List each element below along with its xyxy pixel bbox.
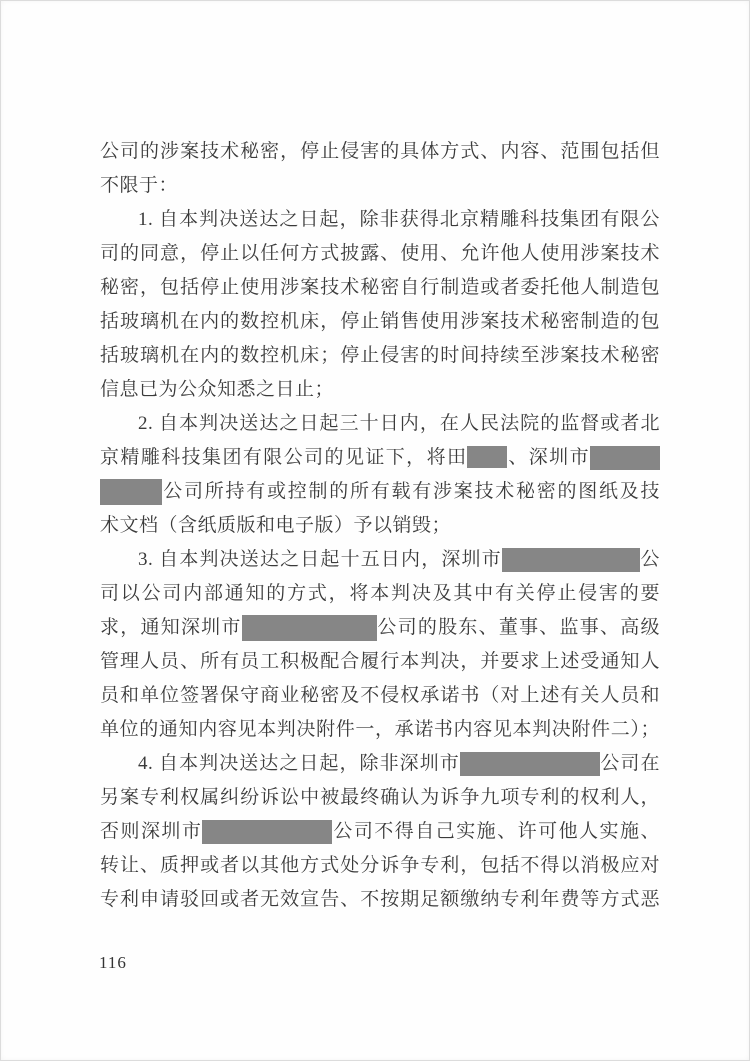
text-run: 信息已为公众知悉之日止； (100, 379, 334, 400)
text-run: 另案专利权属纠纷诉讼中被最终确认为诉争九项专利的权利人， (100, 787, 660, 808)
document-line: 转让、质押或者以其他方式处分诉争专利，包括不得以消极应对 (100, 849, 660, 883)
text-run: 公司的涉案技术秘密，停止侵害的具体方式、内容、范围包括但 (100, 141, 660, 162)
text-run: 不限于： (100, 175, 178, 196)
text-run: 管理人员、所有员工积极配合履行本判决，并要求上述受通知人 (100, 651, 660, 672)
text-run: 司的同意，停止以任何方式披露、使用、允许他人使用涉案技术 (100, 243, 660, 264)
text-run: 员和单位签署保守商业秘密及不侵权承诺书（对上述有关人员和 (100, 685, 660, 706)
redaction-bar (202, 820, 332, 844)
document-line: 公司所持有或控制的所有载有涉案技术秘密的图纸及技 (100, 475, 660, 509)
text-run: 公司不得自己实施、许可他人实施、 (332, 821, 660, 842)
redaction-bar (100, 479, 162, 505)
document-line: 司的同意，停止以任何方式披露、使用、允许他人使用涉案技术 (100, 237, 660, 271)
text-run: 术文档（含纸质版和电子版）予以销毁； (100, 515, 451, 536)
text-run: 司以公司内部通知的方式，将本判决及其中有关停止侵害的要 (100, 583, 660, 604)
document-line: 单位的通知内容见本判决附件一，承诺书内容见本判决附件二）； (100, 713, 660, 747)
document-line: 员和单位签署保守商业秘密及不侵权承诺书（对上述有关人员和 (100, 679, 660, 713)
page-number: 116 (99, 953, 127, 973)
text-run: 公 (640, 549, 660, 570)
redaction-bar (460, 752, 600, 776)
document-line: 否则深圳市公司不得自己实施、许可他人实施、 (100, 815, 660, 849)
text-run: 、深圳市 (507, 447, 590, 468)
text-run: 4. 自本判决送达之日起，除非深圳市 (138, 753, 460, 774)
text-run: 3. 自本判决送达之日起十五日内，深圳市 (138, 549, 502, 570)
document-line: 公司的涉案技术秘密，停止侵害的具体方式、内容、范围包括但 (100, 135, 660, 169)
text-run: 公司所持有或控制的所有载有涉案技术秘密的图纸及技 (162, 481, 660, 502)
text-run: 公司的股东、董事、监事、高级 (377, 617, 660, 638)
redaction-bar (467, 446, 507, 468)
document-line: 括玻璃机在内的数控机床，停止销售使用涉案技术秘密制造的包 (100, 305, 660, 339)
document-line: 4. 自本判决送达之日起，除非深圳市公司在 (100, 747, 660, 781)
redaction-bar (590, 446, 660, 470)
document-line: 1. 自本判决送达之日起，除非获得北京精雕科技集团有限公 (100, 203, 660, 237)
document-line: 3. 自本判决送达之日起十五日内，深圳市公 (100, 543, 660, 577)
redaction-bar (502, 548, 640, 572)
document-line: 管理人员、所有员工积极配合履行本判决，并要求上述受通知人 (100, 645, 660, 679)
document-line: 2. 自本判决送达之日起三十日内，在人民法院的监督或者北 (100, 407, 660, 441)
text-run: 括玻璃机在内的数控机床；停止侵害的时间持续至涉案技术秘密 (100, 345, 660, 366)
document-line: 括玻璃机在内的数控机床；停止侵害的时间持续至涉案技术秘密 (100, 339, 660, 373)
document-line: 专利申请驳回或者无效宣告、不按期足额缴纳专利年费等方式恶 (100, 883, 660, 917)
text-run: 专利申请驳回或者无效宣告、不按期足额缴纳专利年费等方式恶 (100, 889, 660, 910)
text-run: 2. 自本判决送达之日起三十日内，在人民法院的监督或者北 (138, 413, 660, 434)
text-run: 秘密，包括停止使用涉案技术秘密自行制造或者委托他人制造包 (100, 277, 660, 298)
text-run: 单位的通知内容见本判决附件一，承诺书内容见本判决附件二）； (100, 719, 660, 740)
text-run: 求，通知深圳市 (100, 617, 242, 638)
document-line: 求，通知深圳市公司的股东、董事、监事、高级 (100, 611, 660, 645)
scanned-page: 公司的涉案技术秘密，停止侵害的具体方式、内容、范围包括但不限于：1. 自本判决送… (0, 0, 750, 1061)
document-line: 不限于： (100, 169, 660, 203)
text-run: 1. 自本判决送达之日起，除非获得北京精雕科技集团有限公 (138, 209, 660, 230)
text-run: 否则深圳市 (100, 821, 202, 842)
text-run: 转让、质押或者以其他方式处分诉争专利，包括不得以消极应对 (100, 855, 660, 876)
document-line: 术文档（含纸质版和电子版）予以销毁； (100, 509, 660, 543)
redaction-bar (242, 615, 377, 641)
document-line: 京精雕科技集团有限公司的见证下，将田、深圳市 (100, 441, 660, 475)
text-run: 京精雕科技集团有限公司的见证下，将田 (100, 447, 467, 468)
text-run: 括玻璃机在内的数控机床，停止销售使用涉案技术秘密制造的包 (100, 311, 660, 332)
text-run: 公司在 (600, 753, 660, 774)
document-body: 公司的涉案技术秘密，停止侵害的具体方式、内容、范围包括但不限于：1. 自本判决送… (100, 135, 660, 917)
document-line: 另案专利权属纠纷诉讼中被最终确认为诉争九项专利的权利人， (100, 781, 660, 815)
document-line: 司以公司内部通知的方式，将本判决及其中有关停止侵害的要 (100, 577, 660, 611)
document-line: 秘密，包括停止使用涉案技术秘密自行制造或者委托他人制造包 (100, 271, 660, 305)
document-line: 信息已为公众知悉之日止； (100, 373, 660, 407)
